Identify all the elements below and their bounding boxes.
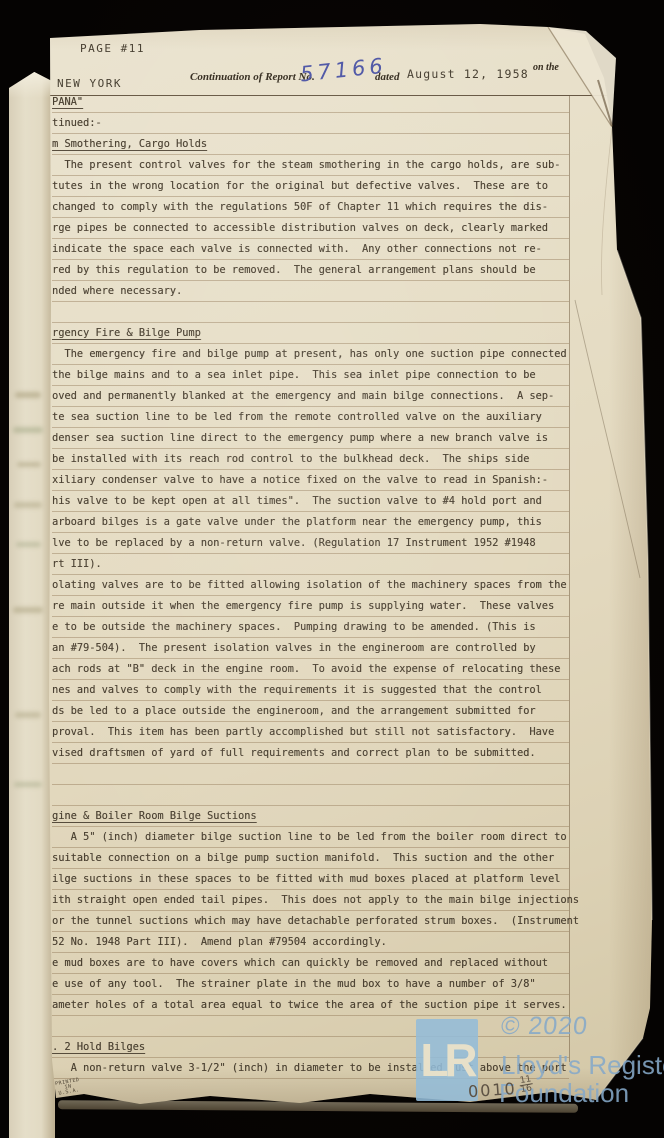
typed-text-line: lve to be replaced by a non-return valve… <box>52 533 569 554</box>
typed-text-line: proval. This item has been partly accomp… <box>52 722 569 743</box>
typed-text-line: rge pipes be connected to accessible dis… <box>52 218 569 239</box>
pencil-fraction-denominator: 16 <box>520 1084 535 1094</box>
section-heading-line: gine & Boiler Room Bilge Suctions <box>52 806 569 827</box>
ghost-text-smudge <box>14 782 42 787</box>
typed-text-line: red by this regulation to be removed. Th… <box>52 260 569 281</box>
ghost-text-smudge <box>16 542 41 547</box>
typed-text-line: changed to comply with the regulations 5… <box>52 197 569 218</box>
pencil-number: 0010 <box>467 1079 517 1101</box>
typed-text-line: indicate the space each valve is connect… <box>52 239 569 260</box>
typed-text-line: ith straight open ended tail pipes. This… <box>52 890 569 911</box>
typed-text-line: nes and valves to comply with the requir… <box>52 680 569 701</box>
typed-text-line: nded where necessary. <box>52 281 569 302</box>
typed-text-line: The present control valves for the steam… <box>52 155 569 176</box>
port-label: NEW YORK <box>57 77 122 90</box>
section-heading-line: m Smothering, Cargo Holds <box>52 134 569 155</box>
typed-text-line: vised draftsmen of yard of full requirem… <box>52 743 569 764</box>
typed-text-line: denser sea suction line direct to the em… <box>52 428 569 449</box>
printed-in-usa-stamp: PRINTED IN U.S.A. <box>55 1078 82 1097</box>
form-continuation-label: Continuation of Report No. <box>190 71 315 83</box>
typed-text-line: e mud boxes are to have covers which can… <box>52 953 569 974</box>
typed-text-line: ach rods at "B" deck in the engine room.… <box>52 659 569 680</box>
typed-text-line: ds be led to a place outside the enginer… <box>52 701 569 722</box>
typed-text-line: tutes in the wrong location for the orig… <box>52 176 569 197</box>
scanned-report-photo: PAGE #11 NEW YORK Continuation of Report… <box>0 0 664 1138</box>
ghost-text-smudge <box>15 712 41 718</box>
typed-lines: PANA"tinued:-m Smothering, Cargo Holds T… <box>52 92 569 1080</box>
document-page: PAGE #11 NEW YORK Continuation of Report… <box>0 0 664 1138</box>
typed-text-line: his valve to be kept open at all times".… <box>52 491 569 512</box>
page-number-label: PAGE #11 <box>80 42 145 55</box>
typed-text-line: oved and permanently blanked at the emer… <box>52 386 569 407</box>
typed-text-line: tinued:- <box>52 113 569 134</box>
watermark-copyright: © 2020 <box>499 1012 589 1041</box>
typed-text-line: ameter holes of a total area equal to tw… <box>52 995 569 1016</box>
blank-ruled-line <box>52 785 569 806</box>
typed-text-line: ilge suctions in these spaces to be fitt… <box>52 869 569 890</box>
blank-ruled-line <box>52 764 569 785</box>
underlying-page-edge <box>9 72 55 1138</box>
form-on-the-label: on the <box>533 62 559 73</box>
typed-text-line: olating valves are to be fitted allowing… <box>52 575 569 596</box>
typed-text-line: 52 No. 1948 Part III). Amend plan #79504… <box>52 932 569 953</box>
typed-text-line: the bilge mains and to a sea inlet pipe.… <box>52 365 569 386</box>
typed-text-line: re main outside it when the emergency fi… <box>52 596 569 617</box>
typed-text-line: xiliary condenser valve to have a notice… <box>52 470 569 491</box>
ghost-text-smudge <box>13 427 43 433</box>
section-heading-line: rgency Fire & Bilge Pump <box>52 323 569 344</box>
blank-ruled-line <box>52 302 569 323</box>
typed-text-line: suitable connection on a bilge pump suct… <box>52 848 569 869</box>
typed-text-line: The emergency fire and bilge pump at pre… <box>52 344 569 365</box>
typed-text-line: be installed with its reach rod control … <box>52 449 569 470</box>
typed-text-line: A non-return valve 3-1/2" (inch) in diam… <box>52 1058 569 1079</box>
typed-date: August 12, 1958 <box>407 67 529 81</box>
typed-text-line: e to be outside the machinery spaces. Pu… <box>52 617 569 638</box>
ship-name-line: PANA" <box>52 92 569 113</box>
blank-ruled-line <box>52 1016 569 1037</box>
typed-text-line: te sea suction line to be led from the r… <box>52 407 569 428</box>
ghost-text-smudge <box>14 502 42 508</box>
ghost-text-smudge <box>15 392 41 398</box>
pencil-fraction: 11 16 <box>518 1075 534 1094</box>
section-heading-line: . 2 Hold Bilges <box>52 1037 569 1058</box>
typed-text-line: arboard bilges is a gate valve under the… <box>52 512 569 533</box>
ghost-text-smudge <box>13 607 43 613</box>
typed-text-line: an #79-504). The present isolation valve… <box>52 638 569 659</box>
typed-text-line: A 5" (inch) diameter bilge suction line … <box>52 827 569 848</box>
typed-text-line: or the tunnel suctions which may have de… <box>52 911 569 932</box>
typed-text-line: rt III). <box>52 554 569 575</box>
typed-text-line: e use of any tool. The strainer plate in… <box>52 974 569 995</box>
ghost-text-smudge <box>17 462 41 467</box>
form-dated-label: dated <box>375 71 399 83</box>
